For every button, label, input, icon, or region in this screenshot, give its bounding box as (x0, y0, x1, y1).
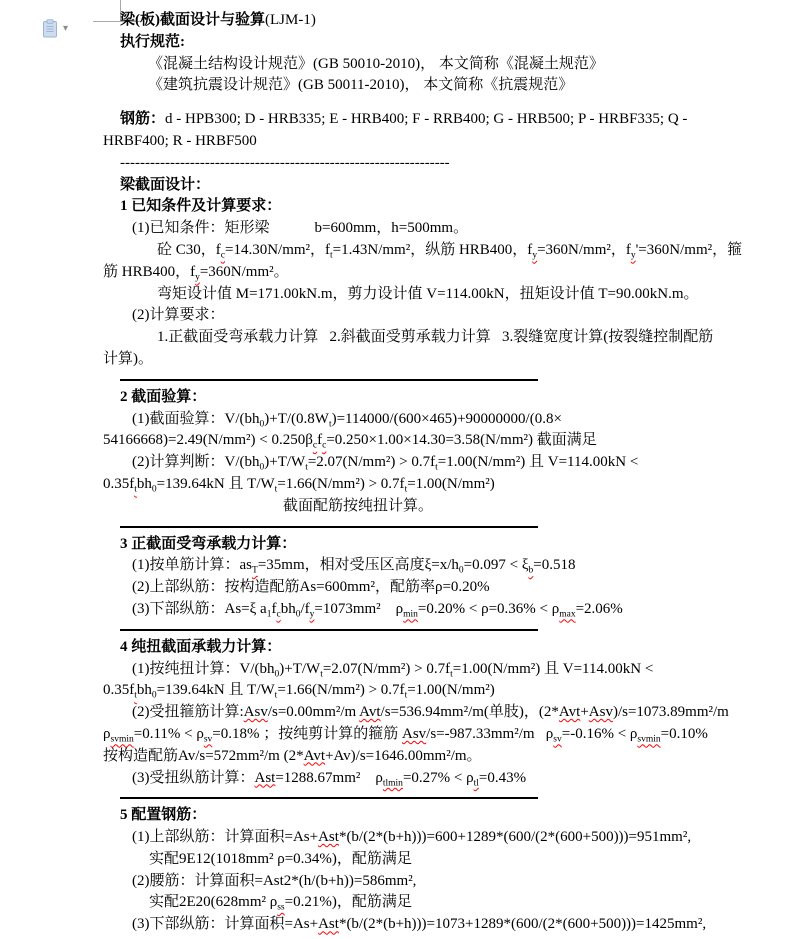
doc-title: 梁(板)截面设计与验算(LJM-1) (103, 10, 776, 32)
text-run: '=360N/mm²，箍 (636, 242, 743, 258)
horizontal-rule (120, 379, 538, 381)
doc-line: (1)按纯扭计算：V/(bh0)+T/Wt=2.07(N/mm²) > 0.7f… (103, 659, 776, 681)
text-run: =0.27% < ρ (403, 770, 474, 786)
text-run: 4 纯扭截面承载力计算： (120, 639, 281, 655)
doc-line: (1)按单筋计算：asT=35mm，相对受压区高度ξ=x/h0=0.097 < … (103, 555, 776, 577)
text-run: =0.18% ；按纯剪计算的箍筋 (212, 726, 402, 742)
text-run: 梁截面设计： (120, 177, 210, 193)
text-run: =2.07(N/mm²) > 0.7f (308, 454, 435, 470)
text-run: +Av)/s=1646.00mm²/m。 (325, 748, 482, 764)
doc-line: 0.35ftbh0=139.64kN 且 T/Wt=1.66(N/mm²) > … (103, 474, 776, 496)
text-run: 2 截面验算： (120, 389, 206, 405)
doc-line: (3)受扭纵筋计算：Ast=1288.67mm² ρtlmin=0.27% < … (103, 768, 776, 790)
section-1-heading: 1 已知条件及计算要求： (103, 196, 776, 218)
text-run: 计算)。 (103, 351, 153, 367)
section-3-heading: 3 正截面受弯承载力计算： (103, 534, 776, 556)
doc-line: 钢筋：d - HPB300; D - HRB335; E - HRB400; F… (103, 109, 776, 131)
doc-line: 砼 C30，fc=14.30N/mm²，ft=1.43N/mm²，纵筋 HRB4… (103, 240, 776, 262)
text-run: svmin (637, 734, 660, 744)
doc-line: (3)下部纵筋：计算面积=As+Ast*(b/(2*(b+h)))=1073+1… (103, 914, 776, 936)
text-run: /s=-987.33mm²/m ρ (426, 726, 553, 742)
doc-line: 1.正截面受弯承载力计算 2.斜截面受剪承载力计算 3.裂缝宽度计算(按裂缝控制… (103, 327, 776, 349)
text-run: 54166668)=2.49(N/mm²) < 0.250β (103, 432, 313, 448)
text-run: =1.66(N/mm²) > 0.7f (277, 476, 404, 492)
text-run: =0.097 < ξ (464, 557, 529, 573)
text-run: (2)受扭箍筋计算: (132, 704, 244, 720)
doc-line: (1)截面验算：V/(bh0)+T/(0.8Wt)=114000/(600×46… (103, 409, 776, 431)
text-run: )+T/W (264, 454, 305, 470)
text-run: Avt (359, 704, 380, 720)
text-run: =360N/mm²。 (200, 264, 289, 280)
text-run: (1)按纯扭计算：V/(bh (132, 661, 275, 677)
text-run: =1.00(N/mm²) (407, 682, 495, 698)
text-run: 按构造配筋Av/s=572mm²/m (2* (103, 748, 304, 764)
doc-line: 筋 HRB400，fy=360N/mm²。 (103, 262, 776, 284)
text-run: max (559, 609, 575, 619)
doc-line: 实配9E12(1018mm² ρ=0.34%)，配筋满足 (103, 849, 776, 871)
text-run: Asv (589, 704, 613, 720)
text-run: 《混凝土结构设计规范》(GB 50010-2010)， 本文简称《混凝土规范》 (148, 56, 604, 72)
text-run: sv (553, 734, 561, 744)
section-divider (103, 789, 776, 805)
text-run: (LJM-1) (265, 12, 316, 28)
text-run: (3)受扭纵筋计算： (132, 770, 255, 786)
text-run: sv (204, 734, 212, 744)
doc-line: (2)上部纵筋：按构造配筋As=600mm²，配筋率ρ=0.20% (103, 577, 776, 599)
text-run: =35mm，相对受压区高度ξ=x/h (258, 557, 459, 573)
text-run: ss (277, 903, 284, 913)
text-run: (2)计算要求： (132, 307, 225, 323)
text-run: Avt (304, 748, 325, 764)
text-run: 0.35f (103, 476, 134, 492)
text-run: =0.250×1.00×14.30=3.58(N/mm²) 截面满足 (326, 432, 596, 448)
section-4-heading: 4 纯扭截面承载力计算： (103, 637, 776, 659)
text-run: bh (137, 682, 152, 698)
doc-line: (2)腰筋：计算面积=Ast2*(h/(b+h))=586mm², (103, 871, 776, 893)
doc-line: 实配2E20(628mm² ρss=0.21%)，配筋满足 (103, 892, 776, 914)
doc-line: 截面配筋按纯扭计算。 (103, 496, 776, 518)
text-run: 实配9E12(1018mm² ρ=0.34%)，配筋满足 (149, 851, 412, 867)
text-run: =0.43% (479, 770, 526, 786)
text-run: (2)上部纵筋：按构造配筋As=600mm²，配筋率ρ=0.20% (132, 579, 490, 595)
doc-line: (1)已知条件：矩形梁 b=600mm，h=500mm。 (103, 218, 776, 240)
text-run: (1)按单筋计算：as (132, 557, 252, 573)
text-run: 实配2E20(628mm² ρ (149, 894, 277, 910)
text-run: =14.30N/mm²，f (225, 242, 330, 258)
text-run: ----------------------------------------… (120, 155, 450, 171)
text-run: Avt (559, 704, 580, 720)
text-run: =1.66(N/mm²) > 0.7f (277, 682, 404, 698)
text-run: =0.21%)，配筋满足 (285, 894, 412, 910)
text-run: Ast (318, 916, 339, 932)
section-2-heading: 2 截面验算： (103, 387, 776, 409)
text-run: =139.64kN 且 T/W (157, 682, 275, 698)
text-run: =-0.16% < ρ (562, 726, 638, 742)
text-run: /s=0.00mm²/m (268, 704, 359, 720)
section-divider (103, 621, 776, 637)
doc-line: (2)计算判断：V/(bh0)+T/Wt=2.07(N/mm²) > 0.7ft… (103, 452, 776, 474)
blank-line (103, 97, 776, 109)
dashed-divider: ----------------------------------------… (103, 153, 776, 175)
text-run: bh (281, 601, 296, 617)
horizontal-rule (120, 526, 538, 528)
doc-line: 《混凝土结构设计规范》(GB 50010-2010)， 本文简称《混凝土规范》 (103, 54, 776, 76)
text-run: 截面配筋按纯扭计算。 (283, 498, 433, 514)
text-run: 5 配置钢筋： (120, 807, 206, 823)
text-run: min (403, 609, 418, 619)
doc-line: (2)受扭箍筋计算:Asv/s=0.00mm²/m Avt/s=536.94mm… (103, 702, 776, 724)
text-run: =0.11% < ρ (134, 726, 204, 742)
text-run: svmin (111, 734, 134, 744)
doc-line: 弯矩设计值 M=171.00kN.m，剪力设计值 V=114.00kN，扭矩设计… (103, 284, 776, 306)
text-run: )=114000/(600×465)+90000000/(0.8× (332, 411, 562, 427)
text-run: =139.64kN 且 T/W (157, 476, 275, 492)
text-run: bh (137, 476, 152, 492)
doc-line: 按构造配筋Av/s=572mm²/m (2*Avt+Av)/s=1646.00m… (103, 746, 776, 768)
text-run: =1073mm² ρ (314, 601, 403, 617)
text-run: )/s=1073.89mm²/m (613, 704, 729, 720)
doc-line: ρsvmin=0.11% < ρsv=0.18% ；按纯剪计算的箍筋 Asv/s… (103, 724, 776, 746)
document-page: 梁(板)截面设计与验算(LJM-1)执行规范:《混凝土结构设计规范》(GB 50… (0, 10, 794, 936)
doc-line: 0.35ftbh0=139.64kN 且 T/Wt=1.66(N/mm²) > … (103, 680, 776, 702)
text-run: *(b/(2*(b+h)))=1073+1289*(600/(2*(600+50… (339, 916, 706, 932)
text-run: =2.06% (576, 601, 623, 617)
text-run: tlmin (383, 778, 403, 788)
text-run: (1)已知条件：矩形梁 b=600mm，h=500mm。 (132, 220, 468, 236)
horizontal-rule (120, 629, 538, 631)
text-run: =0.20% < ρ=0.36% < ρ (418, 601, 559, 617)
text-run: ρ (103, 726, 111, 742)
text-run: =1288.67mm² ρ (275, 770, 383, 786)
text-run: 1.正截面受弯承载力计算 2.斜截面受剪承载力计算 3.裂缝宽度计算(按裂缝控制… (157, 329, 713, 345)
text-run: =1.00(N/mm²) 且 V=114.00kN < (438, 454, 639, 470)
text-run: 弯矩设计值 M=171.00kN.m，剪力设计值 V=114.00kN，扭矩设计… (157, 286, 699, 302)
text-run: 0.35f (103, 682, 134, 698)
text-run: =0.10% (661, 726, 708, 742)
doc-line: 《建筑抗震设计规范》(GB 50011-2010)， 本文简称《抗震规范》 (103, 75, 776, 97)
doc-line: HRBF400; R - HRBF500 (103, 131, 776, 153)
doc-line: (2)计算要求： (103, 305, 776, 327)
text-run: Asv (244, 704, 268, 720)
exec-code-heading: 执行规范: (103, 32, 776, 54)
section-5-heading: 5 配置钢筋： (103, 805, 776, 827)
text-run: =0.518 (533, 557, 575, 573)
text-run: HRBF400; R - HRBF500 (103, 133, 257, 149)
word-document-view: { "paste_options": { "arrow": "▾", "icon… (0, 0, 794, 939)
text-run: )+T/W (279, 661, 320, 677)
text-run: Asv (402, 726, 426, 742)
doc-line: 计算)。 (103, 349, 776, 371)
text-run: 梁(板)截面设计与验算 (120, 12, 265, 28)
text-run: (2)腰筋：计算面积=Ast2*(h/(b+h))=586mm², (132, 873, 416, 889)
text-run: 3 正截面受弯承载力计算： (120, 536, 296, 552)
text-run: (2)计算判断：V/(bh (132, 454, 260, 470)
text-run: =2.07(N/mm²) > 0.7f (323, 661, 450, 677)
text-run: =1.00(N/mm²) 且 V=114.00kN < (453, 661, 654, 677)
text-run: )+T/(0.8W (264, 411, 329, 427)
section-divider (103, 371, 776, 387)
text-run: + (580, 704, 588, 720)
text-run: 1 已知条件及计算要求： (120, 198, 281, 214)
horizontal-rule (120, 797, 538, 799)
text-run: (3)下部纵筋：As=ξ a (132, 601, 267, 617)
beam-section-design-heading: 梁截面设计： (103, 175, 776, 197)
text-run: =360N/mm²，f (537, 242, 631, 258)
text-run: 执行规范: (120, 34, 185, 50)
text-run: /s=536.94mm²/m(单肢)，(2* (381, 704, 559, 720)
doc-line: (1)上部纵筋：计算面积=As+Ast*(b/(2*(b+h)))=600+12… (103, 827, 776, 849)
text-run: 筋 HRB400，f (103, 264, 195, 280)
text-run: 砼 C30，f (157, 242, 221, 258)
doc-line: (3)下部纵筋：As=ξ a1fcbh0/fy=1073mm² ρmin=0.2… (103, 599, 776, 621)
text-run: 《建筑抗震设计规范》(GB 50011-2010)， 本文简称《抗震规范》 (148, 77, 573, 93)
text-run: *(b/(2*(b+h)))=600+1289*(600/(2*(600+500… (339, 829, 691, 845)
doc-line: 54166668)=2.49(N/mm²) < 0.250βcfc=0.250×… (103, 430, 776, 452)
text-run: (1)上部纵筋：计算面积=As+ (132, 829, 318, 845)
text-run: Ast (318, 829, 339, 845)
text-run: (1)截面验算：V/(bh (132, 411, 260, 427)
text-run: Ast (255, 770, 276, 786)
text-run: 钢筋： (120, 111, 165, 127)
text-run: (3)下部纵筋：计算面积=As+ (132, 916, 318, 932)
text-run: =1.43N/mm²，纵筋 HRB400，f (333, 242, 533, 258)
text-run: /f (300, 601, 309, 617)
text-run: d - HPB300; D - HRB335; E - HRB400; F - … (165, 111, 687, 127)
text-run: =1.00(N/mm²) (407, 476, 495, 492)
section-divider (103, 518, 776, 534)
